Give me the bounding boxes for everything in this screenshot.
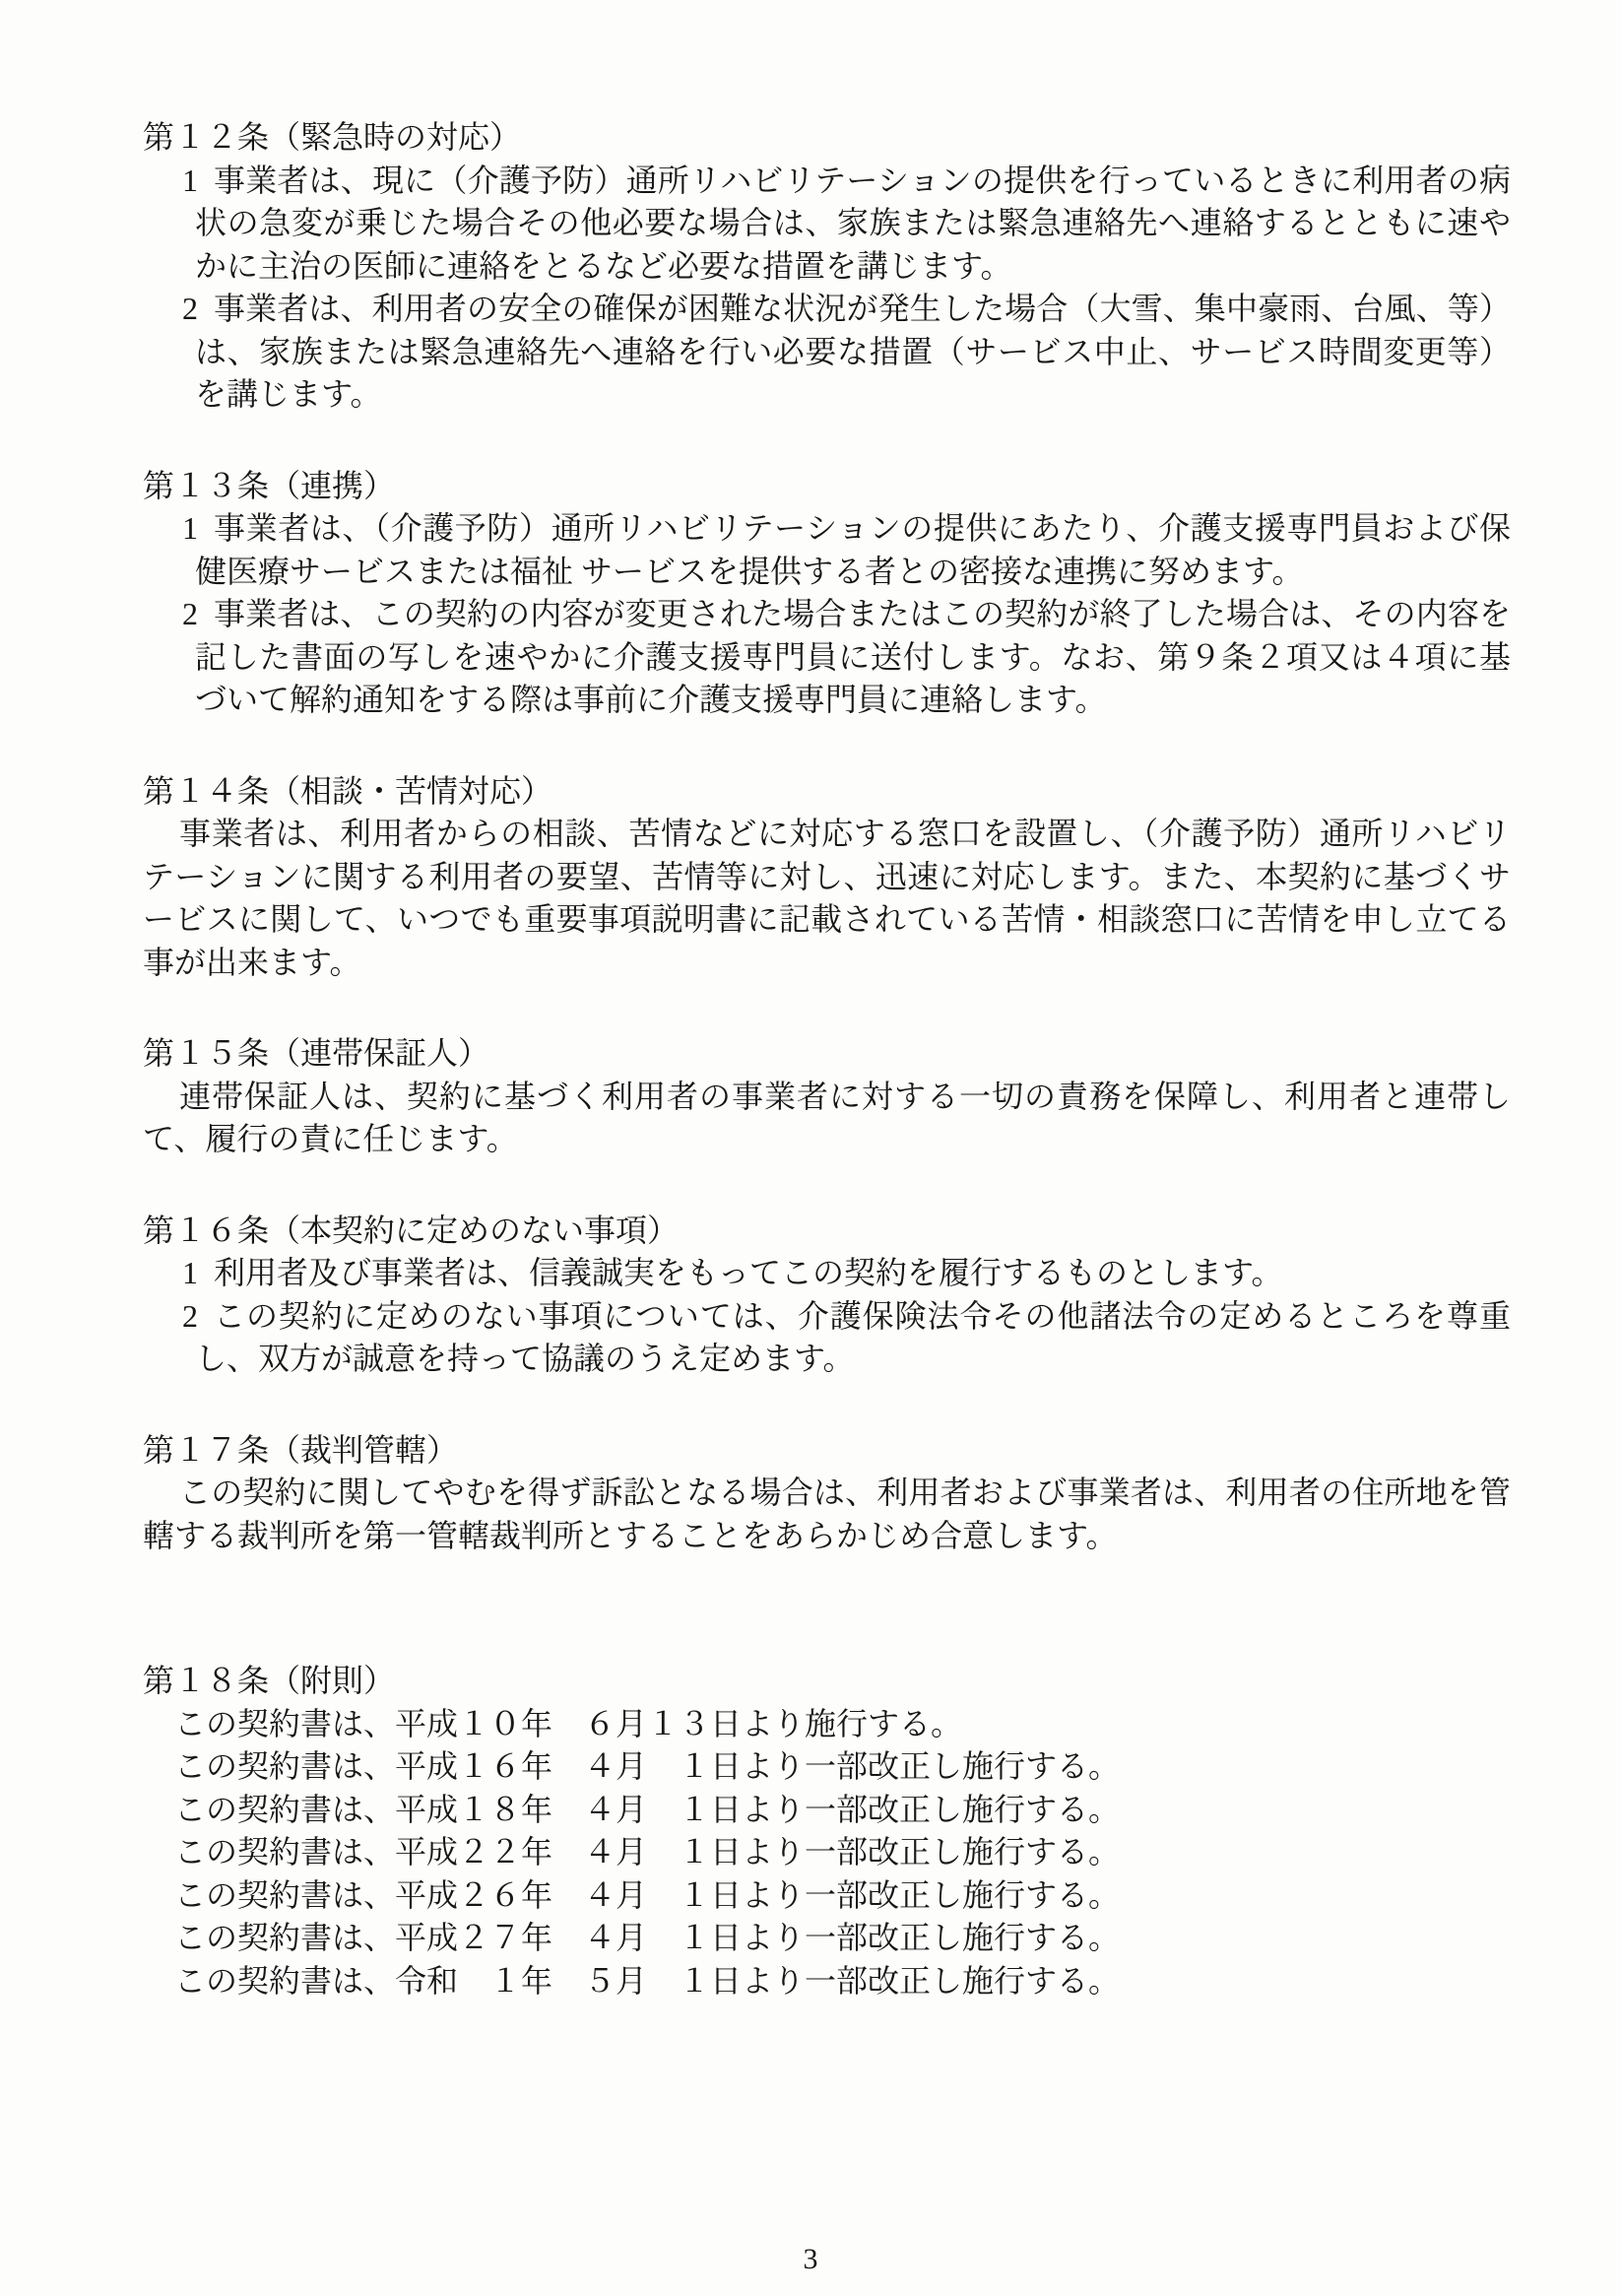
article: 第１３条（連携）1事業者は、（介護予防）通所リハビリテーションの提供にあたり、介… — [143, 465, 1511, 722]
revision-date-line: この契約書は、平成２２年 ４月 １日より一部改正し施行する。 — [143, 1831, 1511, 1874]
article-heading: 第１６条（本契約に定めのない事項） — [143, 1210, 1511, 1253]
article-item: 1事業者は、現に（介護予防）通所リハビリテーションの提供を行っているときに利用者… — [143, 160, 1511, 289]
article-heading: 第１３条（連携） — [143, 465, 1511, 508]
article-item: 2この契約に定めのない事項については、介護保険法令その他諸法令の定めるところを尊… — [143, 1295, 1511, 1381]
article-heading: 第１４条（相談・苦情対応） — [143, 770, 1511, 814]
article: 第１５条（連帯保証人）連帯保証人は、契約に基づく利用者の事業者に対する一切の責務… — [143, 1032, 1511, 1161]
contract-page: 第１２条（緊急時の対応）1事業者は、現に（介護予防）通所リハビリテーションの提供… — [0, 0, 1621, 2296]
article: 第１２条（緊急時の対応）1事業者は、現に（介護予防）通所リハビリテーションの提供… — [143, 116, 1511, 417]
revision-date-line: この契約書は、平成１０年 ６月１３日より施行する。 — [143, 1703, 1511, 1746]
item-number: 2 — [182, 1295, 198, 1339]
contract-body: 第１２条（緊急時の対応）1事業者は、現に（介護予防）通所リハビリテーションの提供… — [143, 116, 1511, 2002]
item-number: 1 — [182, 160, 198, 203]
article: 第１７条（裁判管轄）この契約に関してやむを得ず訴訟となる場合は、利用者および事業… — [143, 1429, 1511, 1558]
article: 第１８条（附則）この契約書は、平成１０年 ６月１３日より施行する。この契約書は、… — [143, 1660, 1511, 2002]
article-item: 2事業者は、利用者の安全の確保が困難な状況が発生した場合（大雪、集中豪雨、台風、… — [143, 288, 1511, 417]
item-number: 2 — [182, 288, 198, 331]
item-number: 1 — [182, 507, 198, 551]
revision-date-line: この契約書は、平成１６年 ４月 １日より一部改正し施行する。 — [143, 1745, 1511, 1789]
item-text: 事業者は、利用者の安全の確保が困難な状況が発生した場合（大雪、集中豪雨、台風、等… — [195, 291, 1511, 412]
revision-date-line: この契約書は、平成２７年 ４月 １日より一部改正し施行する。 — [143, 1917, 1511, 1960]
item-text: 事業者は、（介護予防）通所リハビリテーションの提供にあたり、介護支援専門員および… — [195, 510, 1511, 589]
revision-date-line: この契約書は、平成２６年 ４月 １日より一部改正し施行する。 — [143, 1874, 1511, 1918]
page-number: 3 — [0, 2238, 1621, 2281]
article-heading: 第１２条（緊急時の対応） — [143, 116, 1511, 160]
item-text: 利用者及び事業者は、信義誠実をもってこの契約を履行するものとします。 — [214, 1255, 1282, 1290]
article-item: 1利用者及び事業者は、信義誠実をもってこの契約を履行するものとします。 — [143, 1252, 1511, 1295]
item-text: 事業者は、現に（介護予防）通所リハビリテーションの提供を行っているときに利用者の… — [195, 163, 1511, 284]
article-paragraph: 連帯保証人は、契約に基づく利用者の事業者に対する一切の責務を保障し、利用者と連帯… — [143, 1076, 1511, 1161]
article-heading: 第１７条（裁判管轄） — [143, 1429, 1511, 1473]
article: 第１６条（本契約に定めのない事項）1利用者及び事業者は、信義誠実をもってこの契約… — [143, 1210, 1511, 1381]
article-heading: 第１８条（附則） — [143, 1660, 1511, 1703]
article-paragraph: この契約に関してやむを得ず訴訟となる場合は、利用者および事業者は、利用者の住所地… — [143, 1472, 1511, 1557]
revision-date-line: この契約書は、平成１８年 ４月 １日より一部改正し施行する。 — [143, 1789, 1511, 1832]
item-text: この契約に定めのない事項については、介護保険法令その他諸法令の定めるところを尊重… — [195, 1298, 1511, 1377]
revision-date-line: この契約書は、令和 １年 ５月 １日より一部改正し施行する。 — [143, 1960, 1511, 2003]
item-number: 2 — [182, 593, 198, 636]
article-heading: 第１５条（連帯保証人） — [143, 1032, 1511, 1076]
article: 第１４条（相談・苦情対応）事業者は、利用者からの相談、苦情などに対応する窓口を設… — [143, 770, 1511, 985]
item-number: 1 — [182, 1252, 198, 1295]
article-item: 2事業者は、この契約の内容が変更された場合またはこの契約が終了した場合は、その内… — [143, 593, 1511, 722]
article-item: 1事業者は、（介護予防）通所リハビリテーションの提供にあたり、介護支援専門員およ… — [143, 507, 1511, 593]
article-paragraph: 事業者は、利用者からの相談、苦情などに対応する窓口を設置し、（介護予防）通所リハ… — [143, 813, 1511, 984]
item-text: 事業者は、この契約の内容が変更された場合またはこの契約が終了した場合は、その内容… — [195, 596, 1511, 717]
